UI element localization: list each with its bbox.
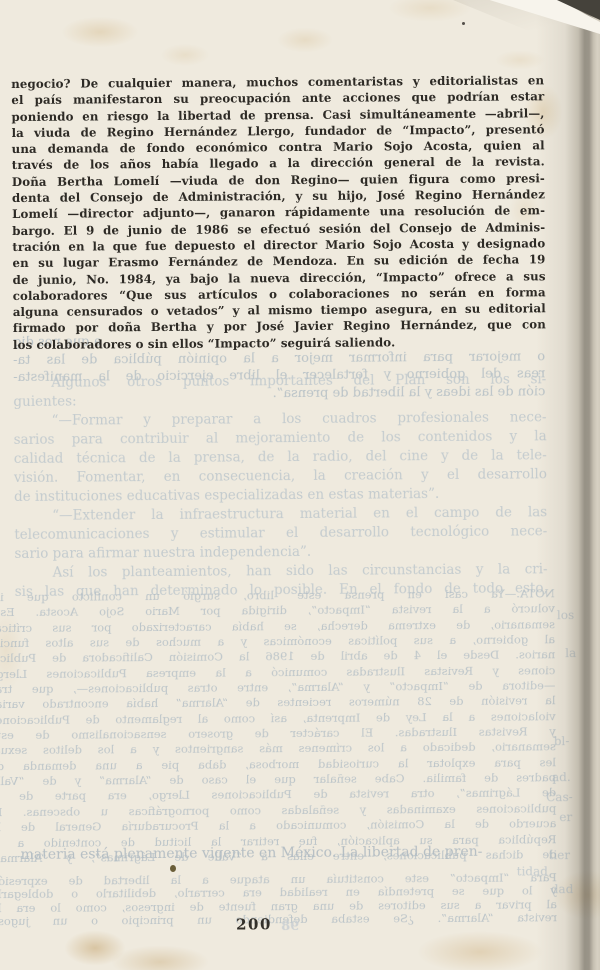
- paper-speck: [462, 22, 465, 25]
- paper-specks: [0, 0, 600, 970]
- paper-speck: [170, 865, 176, 872]
- scanned-book-page: a que nos digo mejorar para informar mej…: [0, 0, 600, 970]
